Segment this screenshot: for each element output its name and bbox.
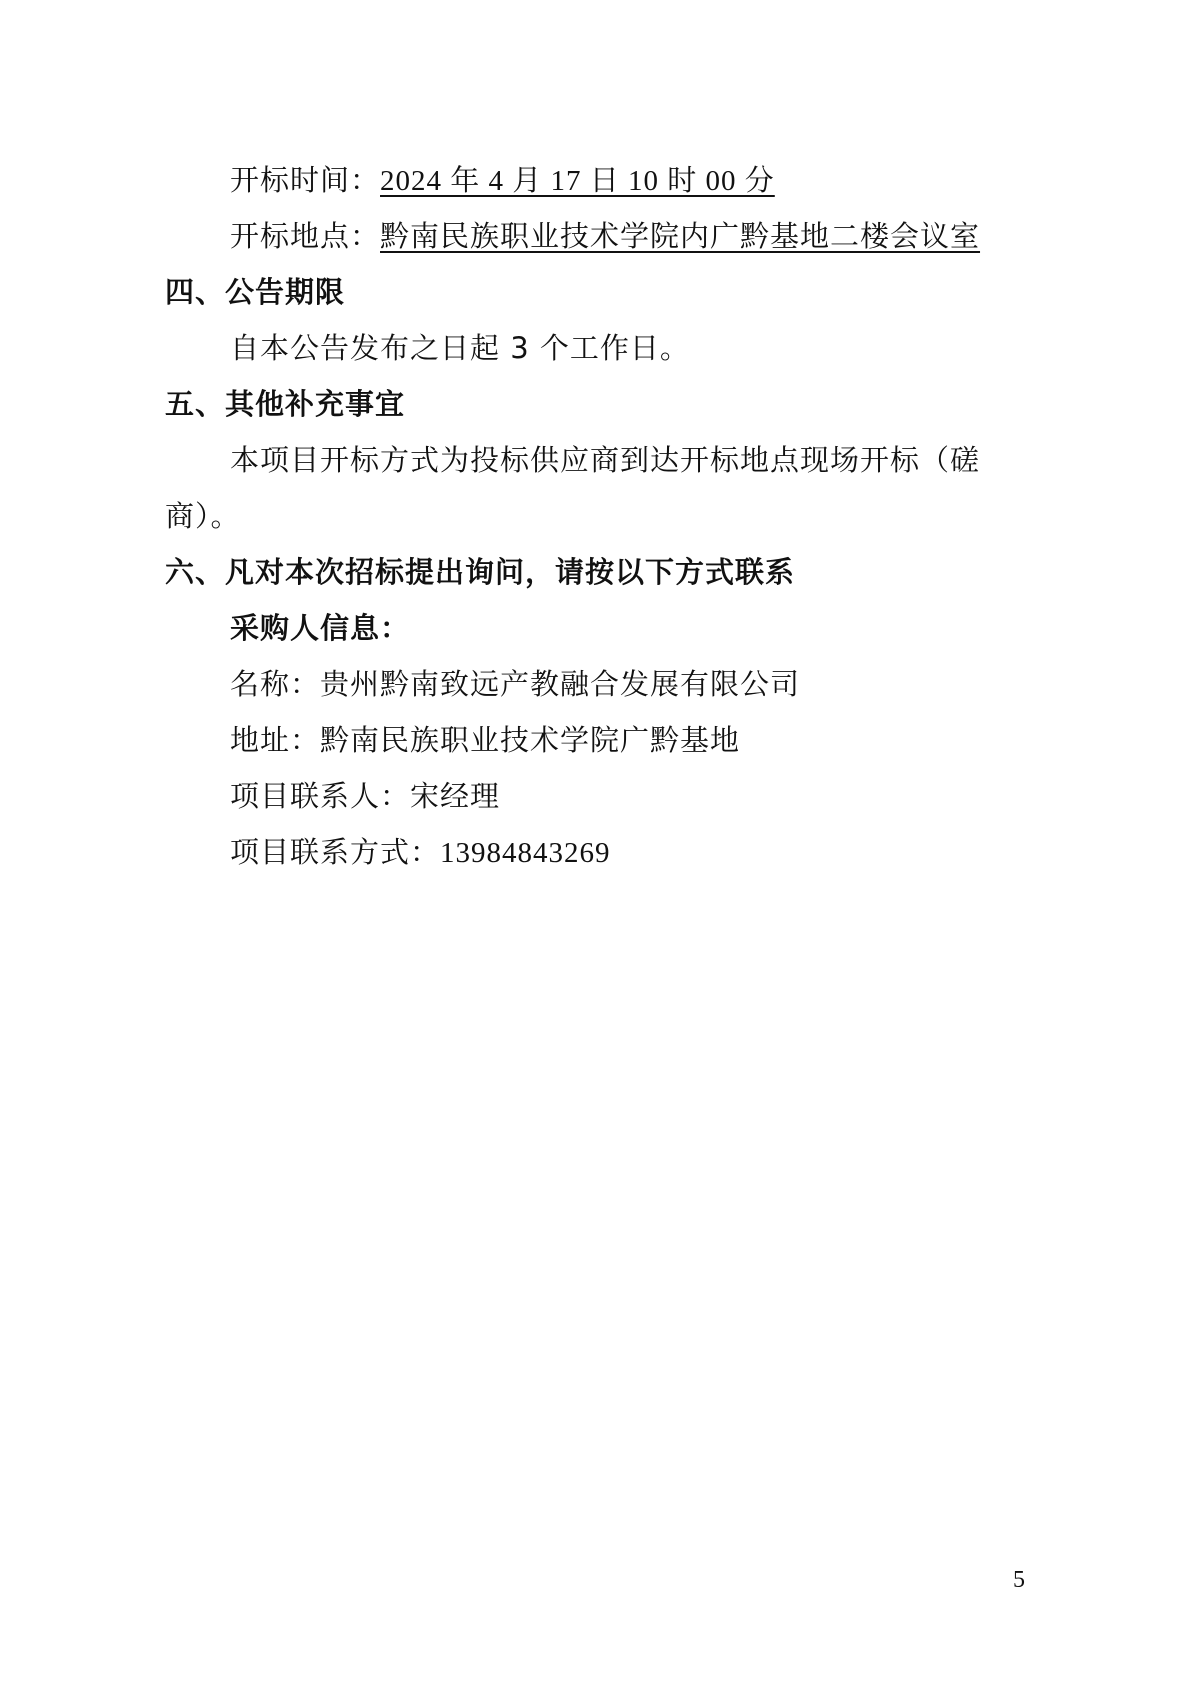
section-four-body: 自本公告发布之日起 3 个工作日。 — [230, 328, 690, 368]
purchaser-address-line: 地址：黔南民族职业技术学院广黔基地 — [230, 720, 740, 760]
purchaser-name-value: 贵州黔南致远产教融合发展有限公司 — [320, 667, 800, 701]
document-page: 开标时间：2024 年 4 月 17 日 10 时 00 分 开标地点：黔南民族… — [0, 0, 1190, 1682]
open-place-line: 开标地点：黔南民族职业技术学院内广黔基地二楼会议室 — [230, 216, 980, 256]
purchaser-name-label: 名称： — [230, 667, 320, 701]
contact-phone-line: 项目联系方式：13984843269 — [230, 832, 611, 873]
open-time-line: 开标时间：2024 年 4 月 17 日 10 时 00 分 — [230, 160, 775, 201]
section-five-heading: 五、其他补充事宜 — [165, 384, 405, 424]
purchaser-address-value: 黔南民族职业技术学院广黔基地 — [320, 723, 740, 757]
purchaser-name-line: 名称：贵州黔南致远产教融合发展有限公司 — [230, 664, 800, 704]
section-five-body-line1: 本项目开标方式为投标供应商到达开标地点现场开标（磋 — [230, 440, 980, 480]
contact-person-value: 宋经理 — [410, 779, 500, 813]
section-five-body-line2: 商）。 — [165, 496, 241, 536]
purchaser-heading: 采购人信息： — [230, 608, 410, 648]
open-time-value: 2024 年 4 月 17 日 10 时 00 分 — [380, 165, 775, 197]
section-four-heading: 四、公告期限 — [165, 272, 345, 312]
open-place-label: 开标地点： — [230, 219, 380, 253]
contact-person-label: 项目联系人： — [230, 779, 410, 813]
open-place-value: 黔南民族职业技术学院内广黔基地二楼会议室 — [380, 219, 980, 253]
purchaser-address-label: 地址： — [230, 723, 320, 757]
section-six-heading: 六、凡对本次招标提出询问，请按以下方式联系 — [165, 552, 795, 592]
contact-phone-label: 项目联系方式： — [230, 835, 440, 869]
contact-phone-value: 13984843269 — [440, 837, 611, 869]
open-time-label: 开标时间： — [230, 163, 380, 197]
page-number: 5 — [1013, 1567, 1025, 1594]
contact-person-line: 项目联系人：宋经理 — [230, 776, 500, 816]
